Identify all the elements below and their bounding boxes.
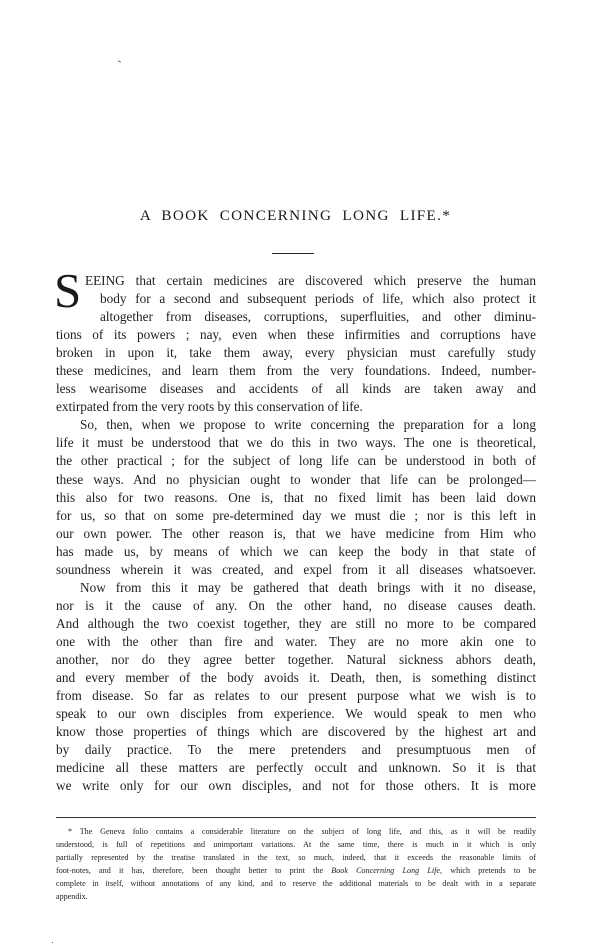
body-line: nor is it the cause of any. On the other… — [56, 597, 536, 615]
body-line: EEING that certain medicines are discove… — [56, 272, 536, 290]
body-line: another, nor do they agree better togeth… — [56, 651, 536, 669]
body-line: And although the two coexist together, t… — [56, 615, 536, 633]
body-line: body for a second and subsequent periods… — [56, 290, 536, 308]
body-line: less wearisome diseases and accidents of… — [56, 380, 536, 398]
body-line: our own power. The other reason is, that… — [56, 525, 536, 543]
footnote: * The Geneva folio contains a considerab… — [56, 825, 536, 904]
body-line: speak to our own disciples from experien… — [56, 705, 536, 723]
body-line: these ways. And no physician ought to wo… — [56, 471, 536, 489]
body-line: life it must be understood that we do th… — [56, 434, 536, 452]
footnote-line: foot-notes, and it has, therefore, been … — [56, 864, 536, 877]
body-line: the other practical ; for the subject of… — [56, 452, 536, 470]
footnote-line: partially represented by the treatise tr… — [56, 851, 536, 864]
body-line: we write only for our own disciples, and… — [56, 777, 536, 795]
footnote-line: appendix. — [56, 890, 536, 903]
body-line: tions of its powers ; nay, even when the… — [56, 326, 536, 344]
footnote-text: which pretends to be — [442, 866, 536, 875]
body-text: S EEING that certain medicines are disco… — [56, 272, 536, 795]
body-line: Now from this it may be gathered that de… — [56, 579, 536, 597]
body-line: broken in upon it, take them away, every… — [56, 344, 536, 362]
title-rule — [272, 253, 314, 254]
body-line: this also for two reasons. One is, that … — [56, 489, 536, 507]
print-speck — [118, 60, 121, 62]
footnote-line: complete in itself, without annotations … — [56, 877, 536, 890]
footnote-line: * The Geneva folio contains a considerab… — [56, 825, 536, 838]
body-line: these medicines, and learn them from the… — [56, 362, 536, 380]
body-line: extirpated from the very roots by this c… — [56, 398, 536, 416]
chapter-title: A BOOK CONCERNING LONG LIFE.* — [0, 207, 591, 225]
body-line: has made us, by means of which we can ke… — [56, 543, 536, 561]
body-line: soundness wherein it was created, and ex… — [56, 561, 536, 579]
body-line: one with the other than fire and water. … — [56, 633, 536, 651]
body-line: from disease. So far as relates to our p… — [56, 687, 536, 705]
body-line: know those properties of things which ar… — [56, 723, 536, 741]
footnote-line: understood, is full of repetitions and u… — [56, 838, 536, 851]
footnote-text: foot-notes, and it has, therefore, been … — [56, 866, 331, 875]
body-line: for us, so that on some pre-determined d… — [56, 507, 536, 525]
drop-cap: S — [54, 269, 81, 313]
body-line: altogether from diseases, corruptions, s… — [56, 308, 536, 326]
body-line: by daily practice. To the mere pretender… — [56, 741, 536, 759]
footnote-rule — [56, 817, 536, 818]
body-line: So, then, when we propose to write conce… — [56, 416, 536, 434]
body-line: and every member of the body avoids it. … — [56, 669, 536, 687]
body-line: medicine all these matters are perfectly… — [56, 759, 536, 777]
print-speck — [52, 942, 53, 943]
book-title-italic: Book Concerning Long Life, — [331, 866, 442, 875]
